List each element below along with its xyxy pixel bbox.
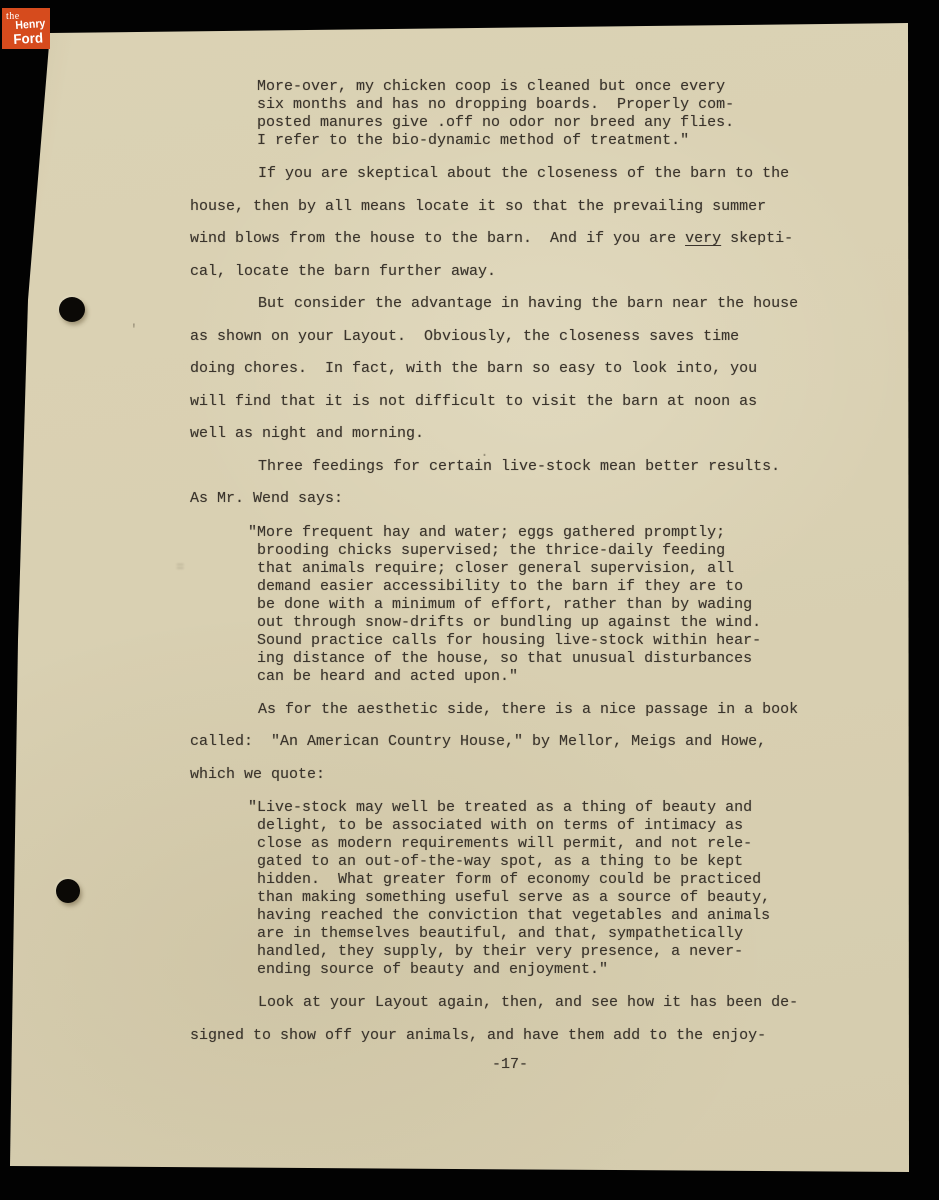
punch-hole-top <box>59 297 85 322</box>
stray-dot-mark: . <box>480 444 489 461</box>
text-line: Sound practice calls for housing live-st… <box>257 632 830 650</box>
text-line: wind blows from the house to the barn. A… <box>190 223 830 256</box>
text-segment: wind blows from the house to the barn. A… <box>190 230 685 247</box>
text-line: as shown on your Layout. Obviously, the … <box>190 321 830 354</box>
paragraph-skeptical: If you are skeptical about the closeness… <box>190 158 830 288</box>
text-line: ing distance of the house, so that unusu… <box>257 650 830 668</box>
text-line: well as night and morning. <box>190 418 830 451</box>
text-line: cal, locate the barn further away. <box>190 256 830 289</box>
text-line: I refer to the bio-dynamic method of tre… <box>257 132 830 150</box>
punch-hole-bottom <box>56 879 80 903</box>
paragraph-aesthetic: As for the aesthetic side, there is a ni… <box>190 694 830 792</box>
text-line: called: "An American Country House," by … <box>190 726 830 759</box>
text-line: will find that it is not difficult to vi… <box>190 386 830 419</box>
text-line: handled, they supply, by their very pres… <box>257 943 830 961</box>
text-line: brooding chicks supervised; the thrice-d… <box>257 542 830 560</box>
quote-wend: "More frequent hay and water; eggs gathe… <box>257 524 830 686</box>
text-line: Three feedings for certain live-stock me… <box>190 451 830 484</box>
page-content: More-over, my chicken coop is cleaned bu… <box>190 0 830 1074</box>
text-line: demand easier accessibility to the barn … <box>257 578 830 596</box>
text-line: hidden. What greater form of economy cou… <box>257 871 830 889</box>
text-line: than making something useful serve as a … <box>257 889 830 907</box>
page-number: -17- <box>190 1056 830 1074</box>
text-line: having reached the conviction that veget… <box>257 907 830 925</box>
text-line: -17- <box>190 1056 830 1074</box>
text-line: close as modern requirements will permit… <box>257 835 830 853</box>
text-line: ending source of beauty and enjoyment." <box>257 961 830 979</box>
text-line: that animals require; closer general sup… <box>257 560 830 578</box>
text-line: If you are skeptical about the closeness… <box>190 158 830 191</box>
text-line: signed to show off your animals, and hav… <box>190 1020 830 1053</box>
text-line: doing chores. In fact, with the barn so … <box>190 353 830 386</box>
text-line: house, then by all means locate it so th… <box>190 191 830 224</box>
paragraph-look-at-layout: Look at your Layout again, then, and see… <box>190 987 830 1052</box>
scan-background: More-over, my chicken coop is cleaned bu… <box>0 0 939 1200</box>
paragraph-three-feedings: Three feedings for certain live-stock me… <box>190 451 830 516</box>
text-line: As for the aesthetic side, there is a ni… <box>190 694 830 727</box>
text-line: out through snow-drifts or bundling up a… <box>257 614 830 632</box>
stray-pen-mark: ' <box>130 322 138 337</box>
text-line: gated to an out-of-the-way spot, as a th… <box>257 853 830 871</box>
text-line: posted manures give .off no odor nor bre… <box>257 114 830 132</box>
stray-smudge-mark: = <box>176 560 184 576</box>
paragraph-advantage: But consider the advantage in having the… <box>190 288 830 451</box>
text-line: delight, to be associated with on terms … <box>257 817 830 835</box>
text-line: can be heard and acted upon." <box>257 668 830 686</box>
text-segment: skepti- <box>721 230 793 247</box>
logo-word-ford: Ford <box>13 29 43 47</box>
text-line: "More frequent hay and water; eggs gathe… <box>257 524 830 542</box>
quote-country-house: "Live-stock may well be treated as a thi… <box>257 799 830 979</box>
underlined-word: very <box>685 230 721 247</box>
quote-chicken-coop: More-over, my chicken coop is cleaned bu… <box>257 78 830 150</box>
henry-ford-logo: the Henry Ford <box>2 8 50 49</box>
text-line: Look at your Layout again, then, and see… <box>190 987 830 1020</box>
text-line: which we quote: <box>190 759 830 792</box>
text-line: be done with a minimum of effort, rather… <box>257 596 830 614</box>
text-line: "Live-stock may well be treated as a thi… <box>257 799 830 817</box>
text-line: six months and has no dropping boards. P… <box>257 96 830 114</box>
text-line: More-over, my chicken coop is cleaned bu… <box>257 78 830 96</box>
text-line: But consider the advantage in having the… <box>190 288 830 321</box>
text-line: are in themselves beautiful, and that, s… <box>257 925 830 943</box>
text-line: As Mr. Wend says: <box>190 483 830 516</box>
